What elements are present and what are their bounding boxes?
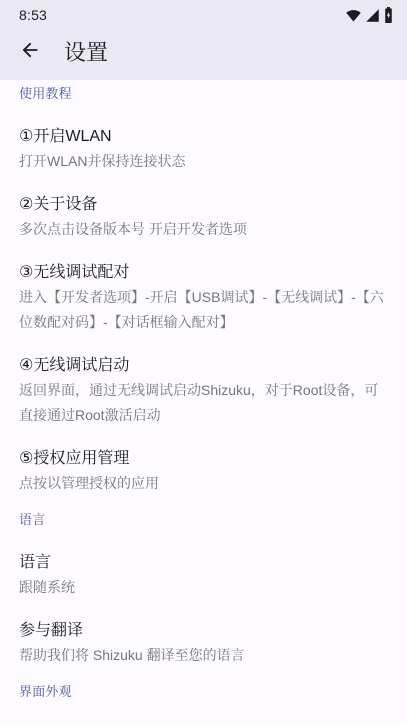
pref-wireless-debug-pairing[interactable]: ③无线调试配对 进入【开发者选项】-开启【USB调试】-【无线调试】-【六位数配…	[0, 252, 407, 345]
pref-title: ①开启WLAN	[19, 126, 388, 147]
pref-summary: 跟随系统	[19, 575, 388, 600]
pref-language[interactable]: 语言 跟随系统	[0, 542, 407, 610]
back-button[interactable]	[15, 36, 45, 66]
arrow-back-icon	[19, 39, 41, 64]
cellular-signal-icon	[365, 8, 380, 23]
top-bar: 8:53	[0, 0, 407, 80]
pref-summary: 返回界面，通过无线调试启动Shizuku，对于Root设备，可直接通过Root激…	[19, 378, 388, 428]
pref-title: ④无线调试启动	[19, 355, 388, 376]
settings-list: 使用教程 ①开启WLAN 打开WLAN并保持连接状态 ②关于设备 多次点击设备版…	[0, 86, 407, 714]
pref-summary: 打开WLAN并保持连接状态	[19, 149, 388, 174]
pref-summary: 点按以管理授权的应用	[19, 471, 388, 496]
pref-title: 语言	[19, 552, 388, 573]
settings-screen: 8:53	[0, 0, 407, 725]
status-bar: 8:53	[0, 0, 407, 28]
app-bar: 设置	[0, 28, 407, 80]
pref-summary: 多次点击设备版本号 开启开发者选项	[19, 217, 388, 242]
battery-charging-icon	[384, 7, 393, 23]
pref-summary: 帮助我们将 Shizuku 翻译至您的语言	[19, 643, 388, 668]
status-time: 8:53	[19, 5, 47, 23]
pref-title: ③无线调试配对	[19, 262, 388, 283]
pref-title: ②关于设备	[19, 194, 388, 215]
pref-title: 参与翻译	[19, 620, 388, 641]
wifi-icon	[346, 8, 361, 23]
pref-authorized-apps[interactable]: ⑤授权应用管理 点按以管理授权的应用	[0, 438, 407, 506]
pref-about-device[interactable]: ②关于设备 多次点击设备版本号 开启开发者选项	[0, 184, 407, 252]
pref-summary: 进入【开发者选项】-开启【USB调试】-【无线调试】-【六位数配对码】-【对话框…	[19, 285, 388, 335]
pref-wireless-debug-start[interactable]: ④无线调试启动 返回界面，通过无线调试启动Shizuku，对于Root设备，可直…	[0, 345, 407, 438]
status-icons	[346, 5, 393, 23]
pref-help-translate[interactable]: 参与翻译 帮助我们将 Shizuku 翻译至您的语言	[0, 610, 407, 678]
pref-enable-wlan[interactable]: ①开启WLAN 打开WLAN并保持连接状态	[0, 116, 407, 184]
section-header-tutorial: 使用教程	[0, 86, 407, 116]
pref-title: ⑤授权应用管理	[19, 448, 388, 469]
section-header-language: 语言	[0, 512, 407, 542]
section-header-appearance: 界面外观	[0, 684, 407, 714]
page-title: 设置	[64, 36, 108, 67]
